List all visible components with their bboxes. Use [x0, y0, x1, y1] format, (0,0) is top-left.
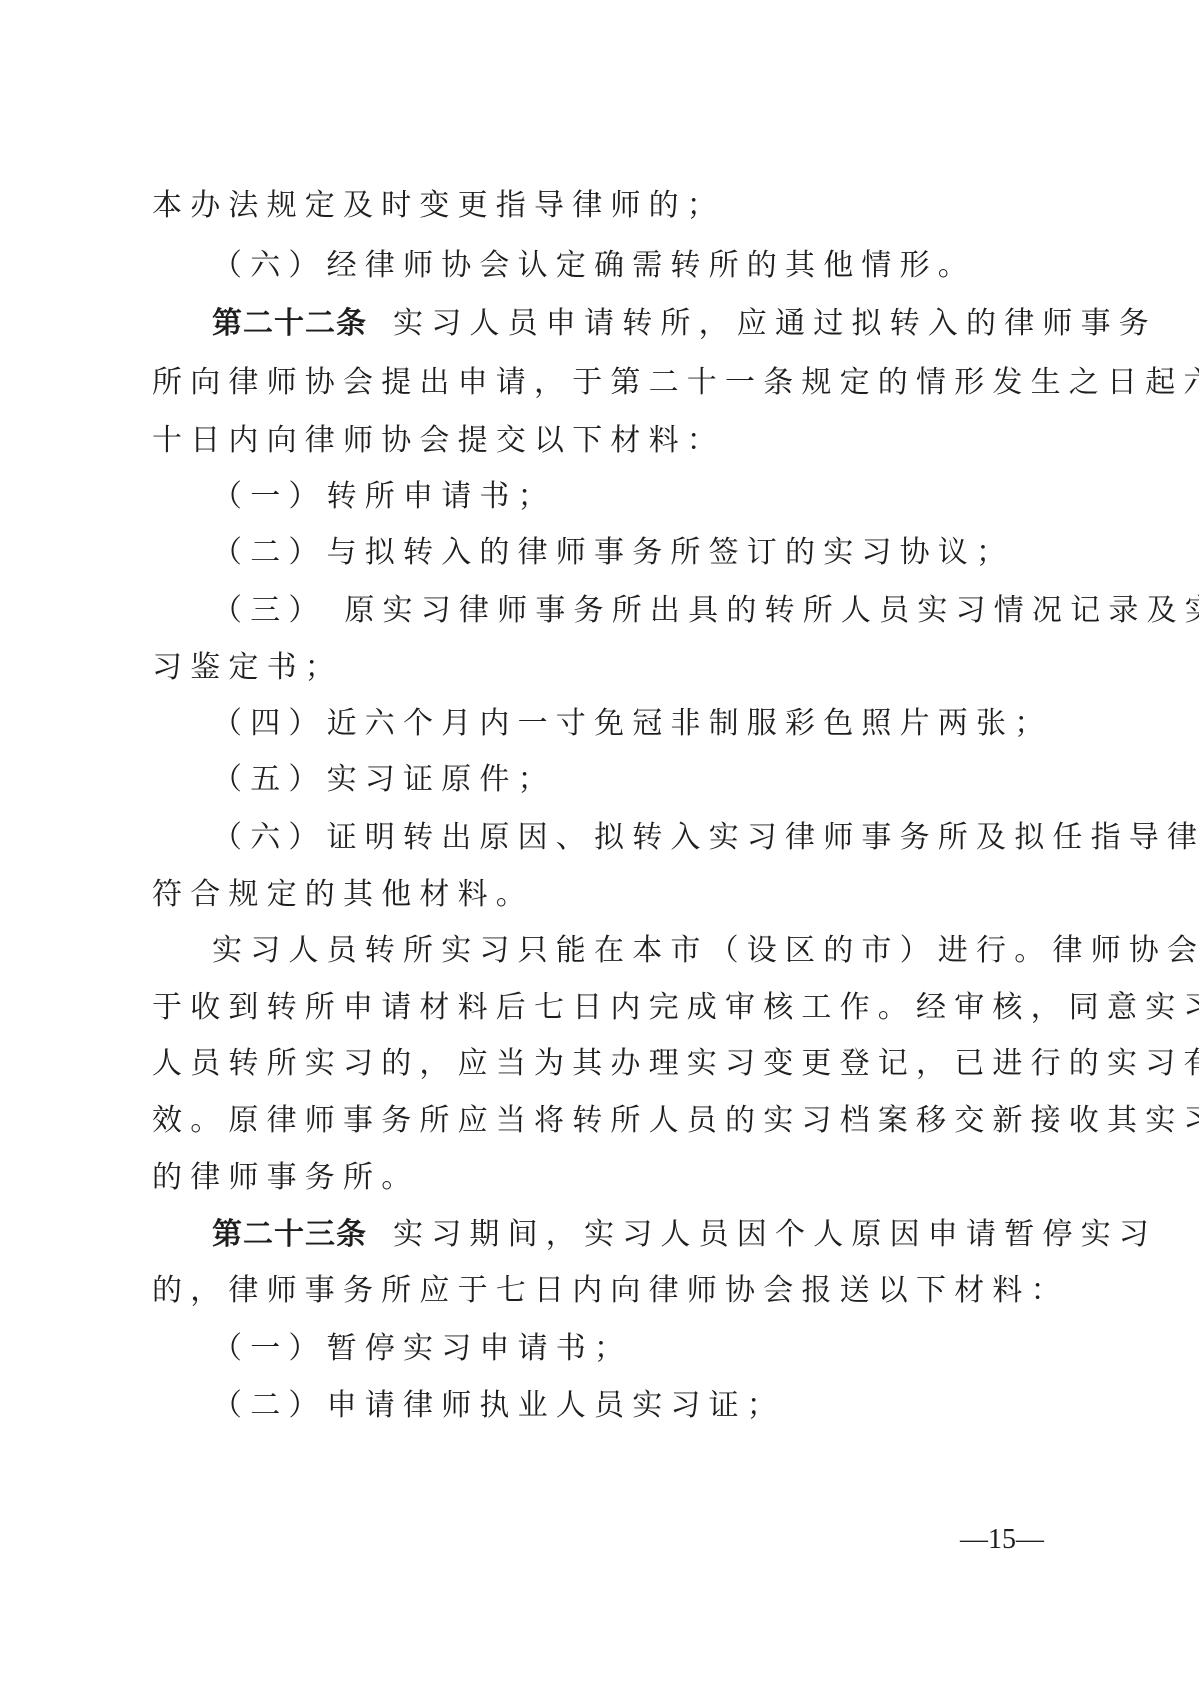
line-text: 符合规定的其他材料。	[152, 877, 534, 912]
text-line: 的，律师事务所应于七日内向律师协会报送以下材料：	[152, 1271, 1052, 1311]
line-text: 实习期间，实习人员因个人原因申请暂停实习	[393, 1217, 1157, 1252]
list-item: （二）与拟转入的律师事务所签订的实习协议；	[212, 533, 1112, 573]
list-item: （二）申请律师执业人员实习证；	[212, 1386, 1112, 1426]
list-item: （五）实习证原件；	[212, 760, 1112, 800]
article-heading-line: 第二十二条实习人员申请转所，应通过拟转入的律师事务	[212, 304, 1112, 344]
line-text: 习鉴定书；	[152, 650, 343, 685]
article-heading: 第二十三条	[212, 1217, 367, 1252]
text-line: 所向律师协会提出申请，于第二十一条规定的情形发生之日起六	[152, 363, 1052, 403]
article-heading-line: 第二十三条实习期间，实习人员因个人原因申请暂停实习	[212, 1215, 1112, 1255]
line-text: 于收到转所申请材料后七日内完成审核工作。经审核，同意实习	[152, 990, 1199, 1025]
line-text: （一）暂停实习申请书；	[212, 1331, 632, 1366]
list-item: （六）经律师协会认定确需转所的其他情形。	[212, 246, 1112, 286]
line-text: （一）转所申请书；	[212, 479, 556, 514]
list-item: （六）证明转出原因、拟转入实习律师事务所及拟任指导律师	[212, 818, 1112, 858]
line-text: 的律师事务所。	[152, 1160, 419, 1195]
text-line: 人员转所实习的，应当为其办理实习变更登记，已进行的实习有	[152, 1044, 1052, 1084]
text-line: 本办法规定及时变更指导律师的；	[152, 186, 1052, 226]
text-line: 十日内向律师协会提交以下材料：	[152, 421, 1052, 461]
list-item: （三） 原实习律师事务所出具的转所人员实习情况记录及实	[212, 591, 1112, 631]
line-text: 十日内向律师协会提交以下材料：	[152, 423, 725, 458]
line-text: （四）近六个月内一寸免冠非制服彩色照片两张；	[212, 706, 1052, 741]
line-text: （二）与拟转入的律师事务所签订的实习协议；	[212, 535, 1014, 570]
line-text: （六）经律师协会认定确需转所的其他情形。	[212, 248, 976, 283]
line-text: （六）证明转出原因、拟转入实习律师事务所及拟任指导律师	[212, 820, 1199, 855]
page-number: —15—	[960, 1522, 1044, 1558]
article-heading: 第二十二条	[212, 306, 367, 341]
line-text: （三） 原实习律师事务所出具的转所人员实习情况记录及实	[212, 593, 1199, 628]
text-line: 符合规定的其他材料。	[152, 875, 1052, 915]
line-text: （二）申请律师执业人员实习证；	[212, 1388, 785, 1423]
list-item: （一）转所申请书；	[212, 477, 1112, 517]
document-page: 本办法规定及时变更指导律师的； （六）经律师协会认定确需转所的其他情形。 第二十…	[0, 0, 1199, 1696]
text-line: 的律师事务所。	[152, 1158, 1052, 1198]
paragraph-start: 实习人员转所实习只能在本市（设区的市）进行。律师协会应	[212, 931, 1112, 971]
line-text: 效。原律师事务所应当将转所人员的实习档案移交新接收其实习	[152, 1103, 1199, 1138]
line-text: 本办法规定及时变更指导律师的；	[152, 188, 725, 223]
list-item: （四）近六个月内一寸免冠非制服彩色照片两张；	[212, 704, 1112, 744]
line-text: 实习人员转所实习只能在本市（设区的市）进行。律师协会应	[212, 933, 1199, 968]
line-text: 人员转所实习的，应当为其办理实习变更登记，已进行的实习有	[152, 1046, 1199, 1081]
line-text: 实习人员申请转所，应通过拟转入的律师事务	[393, 306, 1157, 341]
text-line: 习鉴定书；	[152, 648, 1052, 688]
text-line: 于收到转所申请材料后七日内完成审核工作。经审核，同意实习	[152, 988, 1052, 1028]
text-line: 效。原律师事务所应当将转所人员的实习档案移交新接收其实习	[152, 1101, 1052, 1141]
line-text: 所向律师协会提出申请，于第二十一条规定的情形发生之日起六	[152, 365, 1199, 400]
line-text: （五）实习证原件；	[212, 762, 556, 797]
line-text: 的，律师事务所应于七日内向律师协会报送以下材料：	[152, 1273, 1069, 1308]
list-item: （一）暂停实习申请书；	[212, 1329, 1112, 1369]
